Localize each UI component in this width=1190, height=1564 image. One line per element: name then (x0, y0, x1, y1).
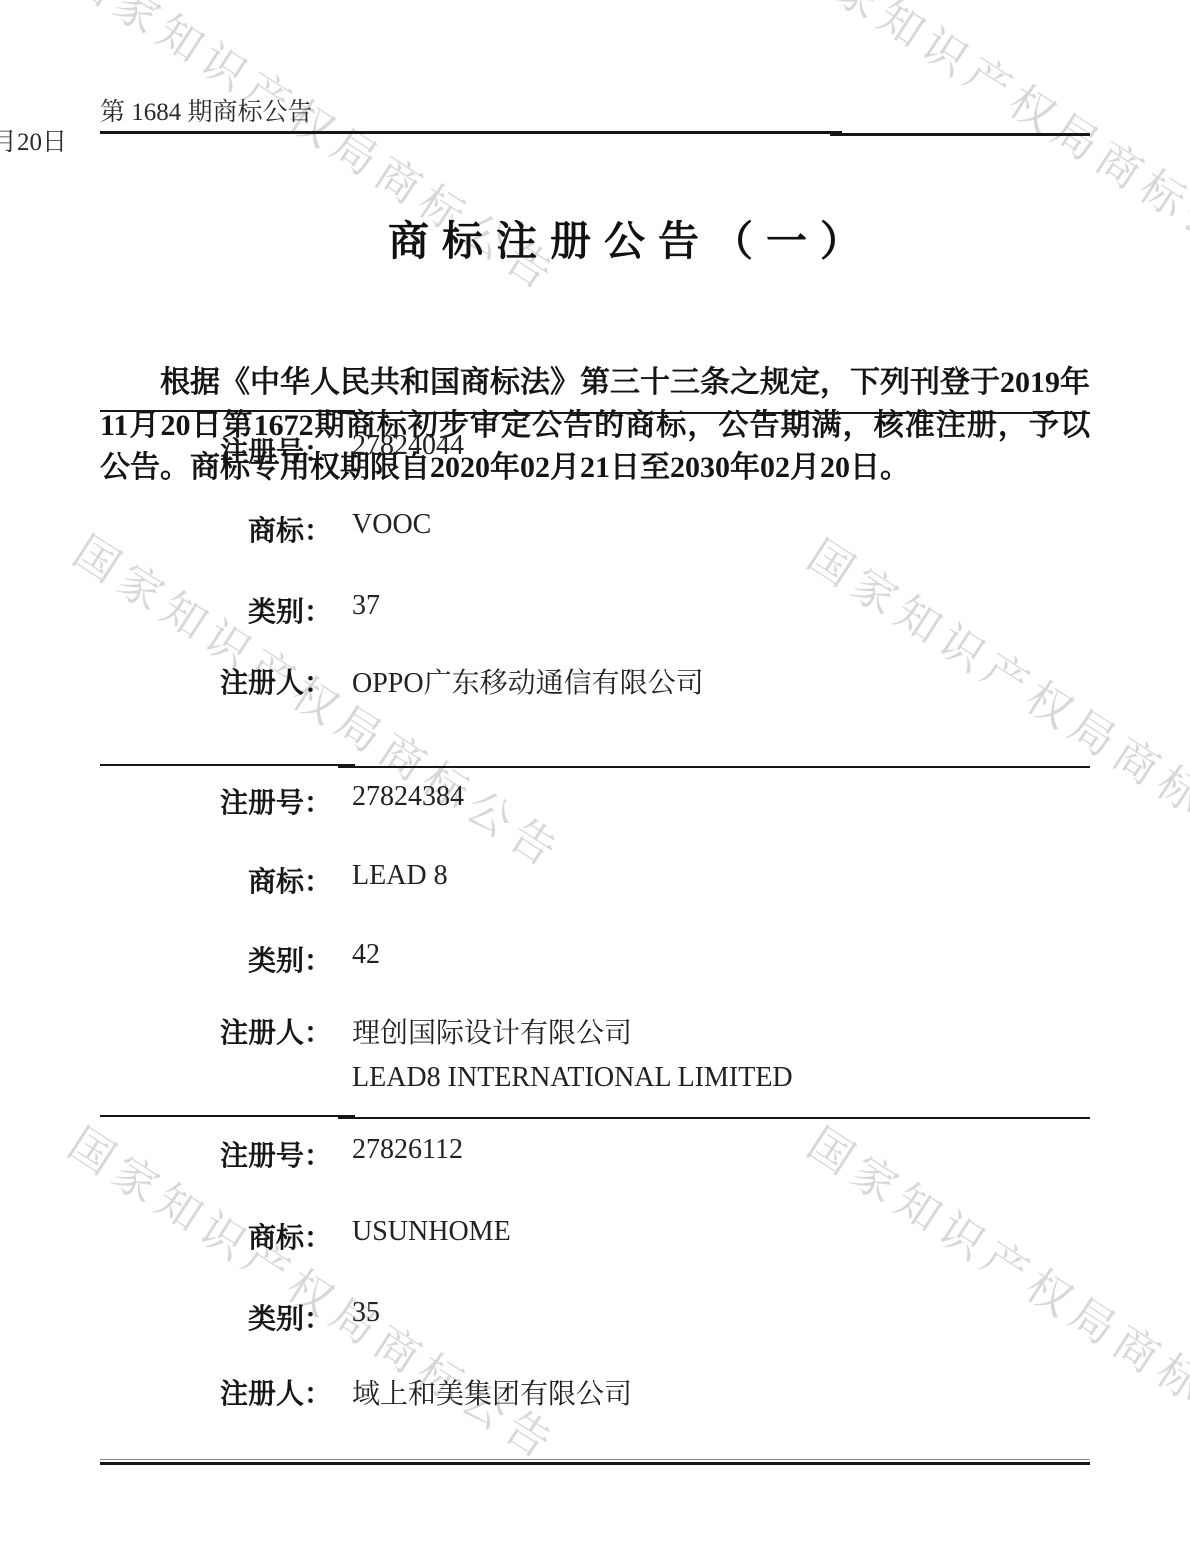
watermark-text: 国家知识产权局商标公告 (797, 521, 1190, 886)
class-label: 类别： (248, 939, 332, 979)
registrant-label: 注册人： (220, 1372, 332, 1412)
trademark-row: 商标： USUNHOME (0, 1216, 1190, 1256)
reg-no-value: 27826112 (352, 1134, 463, 1166)
record-separator (338, 1117, 1090, 1119)
reg-no-label: 注册号： (220, 1134, 332, 1174)
record-separator (100, 1115, 355, 1117)
trademark-row: 商标： VOOC (0, 509, 1190, 549)
registrant-name-en: LEAD8 INTERNATIONAL LIMITED (352, 1062, 793, 1094)
reg-no-row: 注册号： 27824384 (0, 781, 1190, 821)
trademark-label: 商标： (248, 509, 332, 549)
class-value: 42 (352, 939, 380, 971)
class-row: 类别： 37 (0, 590, 1190, 630)
gazette-page: 国家知识产权局商标公告 国家知识产权局商标公告 国家知识产权局商标公告 国家知识… (0, 0, 1190, 1564)
registrant-value: 理创国际设计有限公司 LEAD8 INTERNATIONAL LIMITED (352, 1011, 793, 1094)
bottom-rule-thin (100, 1459, 1090, 1460)
intro-line-1: 根据《中华人民共和国商标法》第三十三条之规定，下列刊登于2019年 (100, 365, 1090, 401)
trademark-row: 商标： LEAD 8 (0, 860, 1190, 900)
reg-no-label: 注册号： (220, 781, 332, 821)
trademark-value: LEAD 8 (352, 860, 448, 892)
registrant-row: 注册人： 域上和美集团有限公司 (0, 1372, 1190, 1412)
class-value: 37 (352, 590, 380, 622)
trademark-label: 商标： (248, 1216, 332, 1256)
registrant-name-cn: 理创国际设计有限公司 (352, 1011, 793, 1051)
registrant-row: 注册人： 理创国际设计有限公司 LEAD8 INTERNATIONAL LIMI… (0, 1011, 1190, 1091)
trademark-value: USUNHOME (352, 1216, 511, 1248)
reg-no-label: 注册号： (220, 430, 332, 470)
bottom-rule-thick (100, 1462, 1090, 1465)
class-label: 类别： (248, 1297, 332, 1337)
registrant-value: 域上和美集团有限公司 (352, 1372, 632, 1412)
registrant-label: 注册人： (220, 1011, 332, 1051)
class-row: 类别： 42 (0, 939, 1190, 979)
gazette-date: 2020年02月20日 (0, 128, 1082, 158)
class-row: 类别： 35 (0, 1297, 1190, 1337)
reg-no-row: 注册号： 27824044 (0, 430, 1190, 470)
registrant-label: 注册人： (220, 661, 332, 701)
gazette-issue-label: 第 1684 期商标公告 (100, 98, 1190, 128)
record-separator (100, 764, 355, 766)
registrant-row: 注册人： OPPO广东移动通信有限公司 (0, 661, 1190, 701)
record-separator (338, 766, 1090, 768)
reg-no-row: 注册号： 27826112 (0, 1134, 1190, 1174)
reg-no-value: 27824384 (352, 781, 464, 813)
trademark-value: VOOC (352, 509, 431, 541)
record-separator (338, 412, 1090, 414)
class-label: 类别： (248, 590, 332, 630)
page-title: 商标注册公告（一） (388, 208, 1190, 267)
reg-no-value: 27824044 (352, 430, 464, 462)
trademark-label: 商标： (248, 860, 332, 900)
class-value: 35 (352, 1297, 380, 1329)
record-separator (100, 410, 355, 412)
registrant-value: OPPO广东移动通信有限公司 (352, 661, 704, 701)
